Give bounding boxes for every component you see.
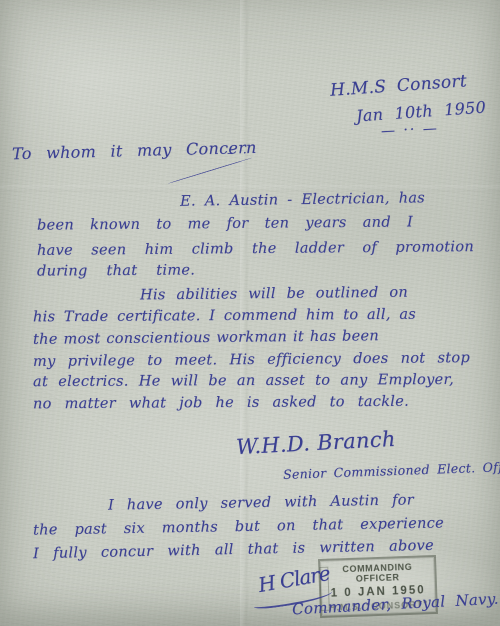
salutation: To whom it may Concern	[12, 138, 257, 164]
stamp-title: COMMANDING OFFICER	[324, 561, 431, 585]
body-line: the past six months but on that experien…	[33, 514, 444, 539]
signature-branch: W.H.D. Branch	[235, 426, 396, 461]
body-line: E. A. Austin - Electrician, has	[180, 189, 425, 211]
body-line: the most conscientious workman it has be…	[33, 327, 379, 349]
body-line: at electrics. He will be an asset to any…	[33, 371, 454, 391]
body-line: have seen him climb the ladder of promot…	[37, 238, 474, 260]
body-line: during that time.	[37, 261, 195, 280]
body-line: His abilities will be outlined on	[140, 284, 408, 305]
body-line: his Trade certificate. I commend him to …	[33, 306, 416, 327]
body-line: my privilege to meet. His efficiency doe…	[33, 349, 470, 371]
letterhead-ship: H.M.S Consort	[329, 71, 467, 102]
letter-page: H.M.S Consort Jan 10th 1950 — ·· — To wh…	[0, 0, 500, 626]
body-line: I have only served with Austin for	[108, 491, 414, 514]
salutation-flourish-line	[168, 157, 252, 184]
body-line: been known to me for ten years and I	[37, 213, 413, 234]
signature-branch-title: Senior Commissioned Elect. Officer R.N.	[283, 457, 500, 482]
body-line: no matter what job he is asked to tackle…	[33, 393, 409, 414]
date-underline-flourish: — ·· —	[381, 120, 440, 141]
diagonal-crease-top	[0, 58, 276, 136]
